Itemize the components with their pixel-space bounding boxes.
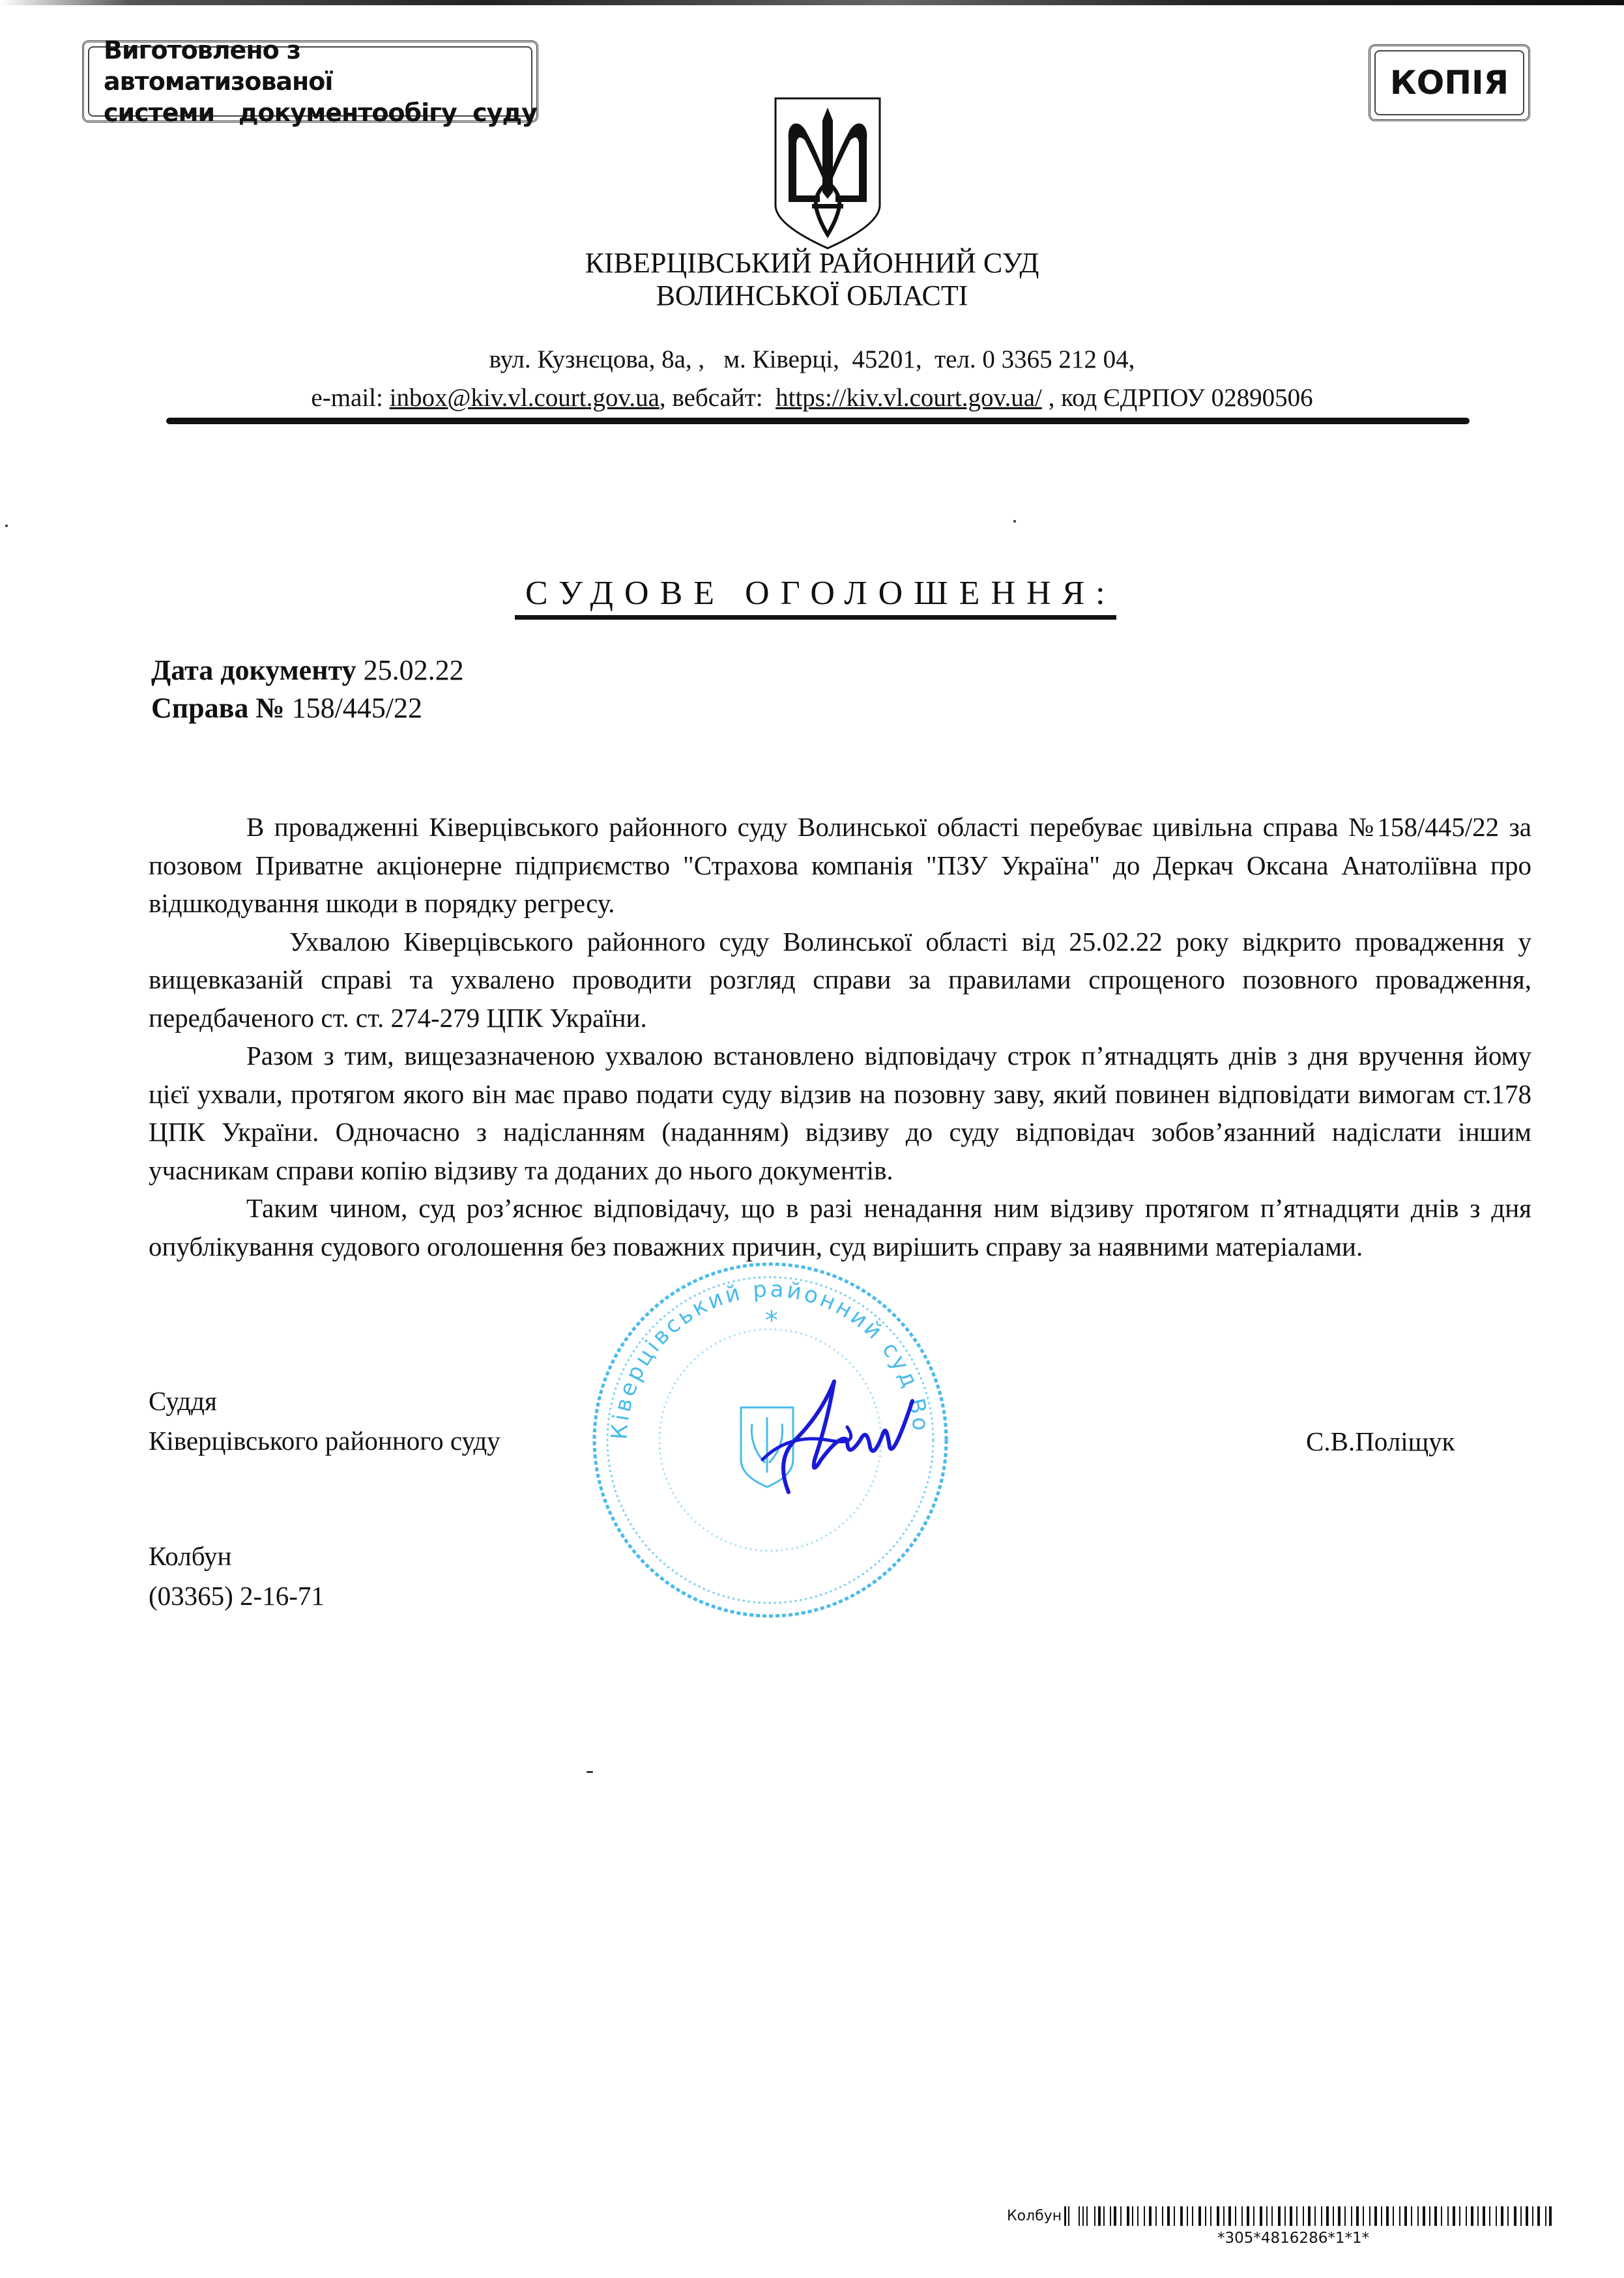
handwritten-signature-icon: [749, 1362, 919, 1499]
case-number-label: Справа №: [151, 692, 285, 724]
case-number-value: 158/445/22: [292, 692, 422, 724]
automated-system-stamp: Виготовлено з автоматизованої системи до…: [82, 40, 538, 123]
document-date-value: 25.02.22: [364, 654, 464, 686]
paragraph-response-deadline: Разом з тим, вищезазначеною ухвалою вста…: [149, 1037, 1531, 1189]
tryzub-coat-of-arms-icon: [769, 94, 886, 251]
copy-stamp-label: КОПІЯ: [1390, 64, 1509, 102]
email-label: e-mail:: [311, 384, 389, 412]
document-date-label: Дата документу: [151, 654, 356, 686]
clerk-name: Колбун: [149, 1536, 325, 1576]
copy-stamp: КОПІЯ: [1369, 44, 1530, 121]
barcode-label: Колбун: [1007, 2208, 1062, 2225]
announcement-body: В провадженні Ківерцівського районного с…: [149, 808, 1531, 1265]
judge-position: Суддя Ківерцівського районного суду: [149, 1381, 500, 1461]
case-number: Справа № 158/445/22: [151, 689, 422, 727]
scan-top-edge: [0, 0, 1624, 5]
document-barcode: Колбун: [1007, 2206, 1586, 2226]
barcode-icon: [1064, 2206, 1586, 2226]
edrpou-code: , код ЄДРПОУ 02890506: [1042, 384, 1313, 412]
clerk-contact: Колбун (03365) 2-16-71: [149, 1536, 325, 1616]
judge-position-line-2: Ківерцівського районного суду: [149, 1421, 500, 1461]
judge-name: С.В.Поліщук: [1306, 1422, 1455, 1462]
document-date: Дата документу 25.02.22: [151, 652, 464, 689]
court-contacts: e-mail: inbox@kiv.vl.court.gov.ua, вебса…: [0, 381, 1624, 416]
auto-stamp-line-2: системи документообігу суду: [104, 97, 517, 128]
website-link[interactable]: https://kiv.vl.court.gov.ua/: [776, 384, 1042, 412]
barcode-value: *305*4816286*1*1*: [1217, 2230, 1369, 2247]
court-name-line-2: ВОЛИНСЬКОЇ ОБЛАСТІ: [0, 279, 1624, 313]
scan-speck: [587, 1771, 593, 1773]
court-name-line-1: КІВЕРЦІВСЬКИЙ РАЙОННИЙ СУД: [0, 246, 1624, 280]
header-divider: [166, 418, 1470, 424]
judge-position-line-1: Суддя: [149, 1381, 500, 1421]
court-address: вул. Кузнєцова, 8а, , м. Ківерці, 45201,…: [0, 342, 1624, 377]
clerk-phone: (03365) 2-16-71: [149, 1576, 325, 1616]
paragraph-proceeding: В провадженні Ківерцівського районного с…: [149, 808, 1531, 923]
website-label: , вебсайт:: [660, 384, 776, 412]
scan-speck: [5, 525, 8, 527]
paragraph-ruling: Ухвалою Ківерцівського районного суду Во…: [149, 923, 1531, 1037]
email-link[interactable]: inbox@kiv.vl.court.gov.ua: [390, 384, 660, 412]
svg-text:*: *: [765, 1306, 778, 1336]
document-title: СУДОВЕ ОГОЛОШЕННЯ:: [515, 573, 1116, 620]
auto-stamp-line-1: Виготовлено з автоматизованої: [104, 35, 517, 97]
scan-speck: [1013, 520, 1016, 523]
